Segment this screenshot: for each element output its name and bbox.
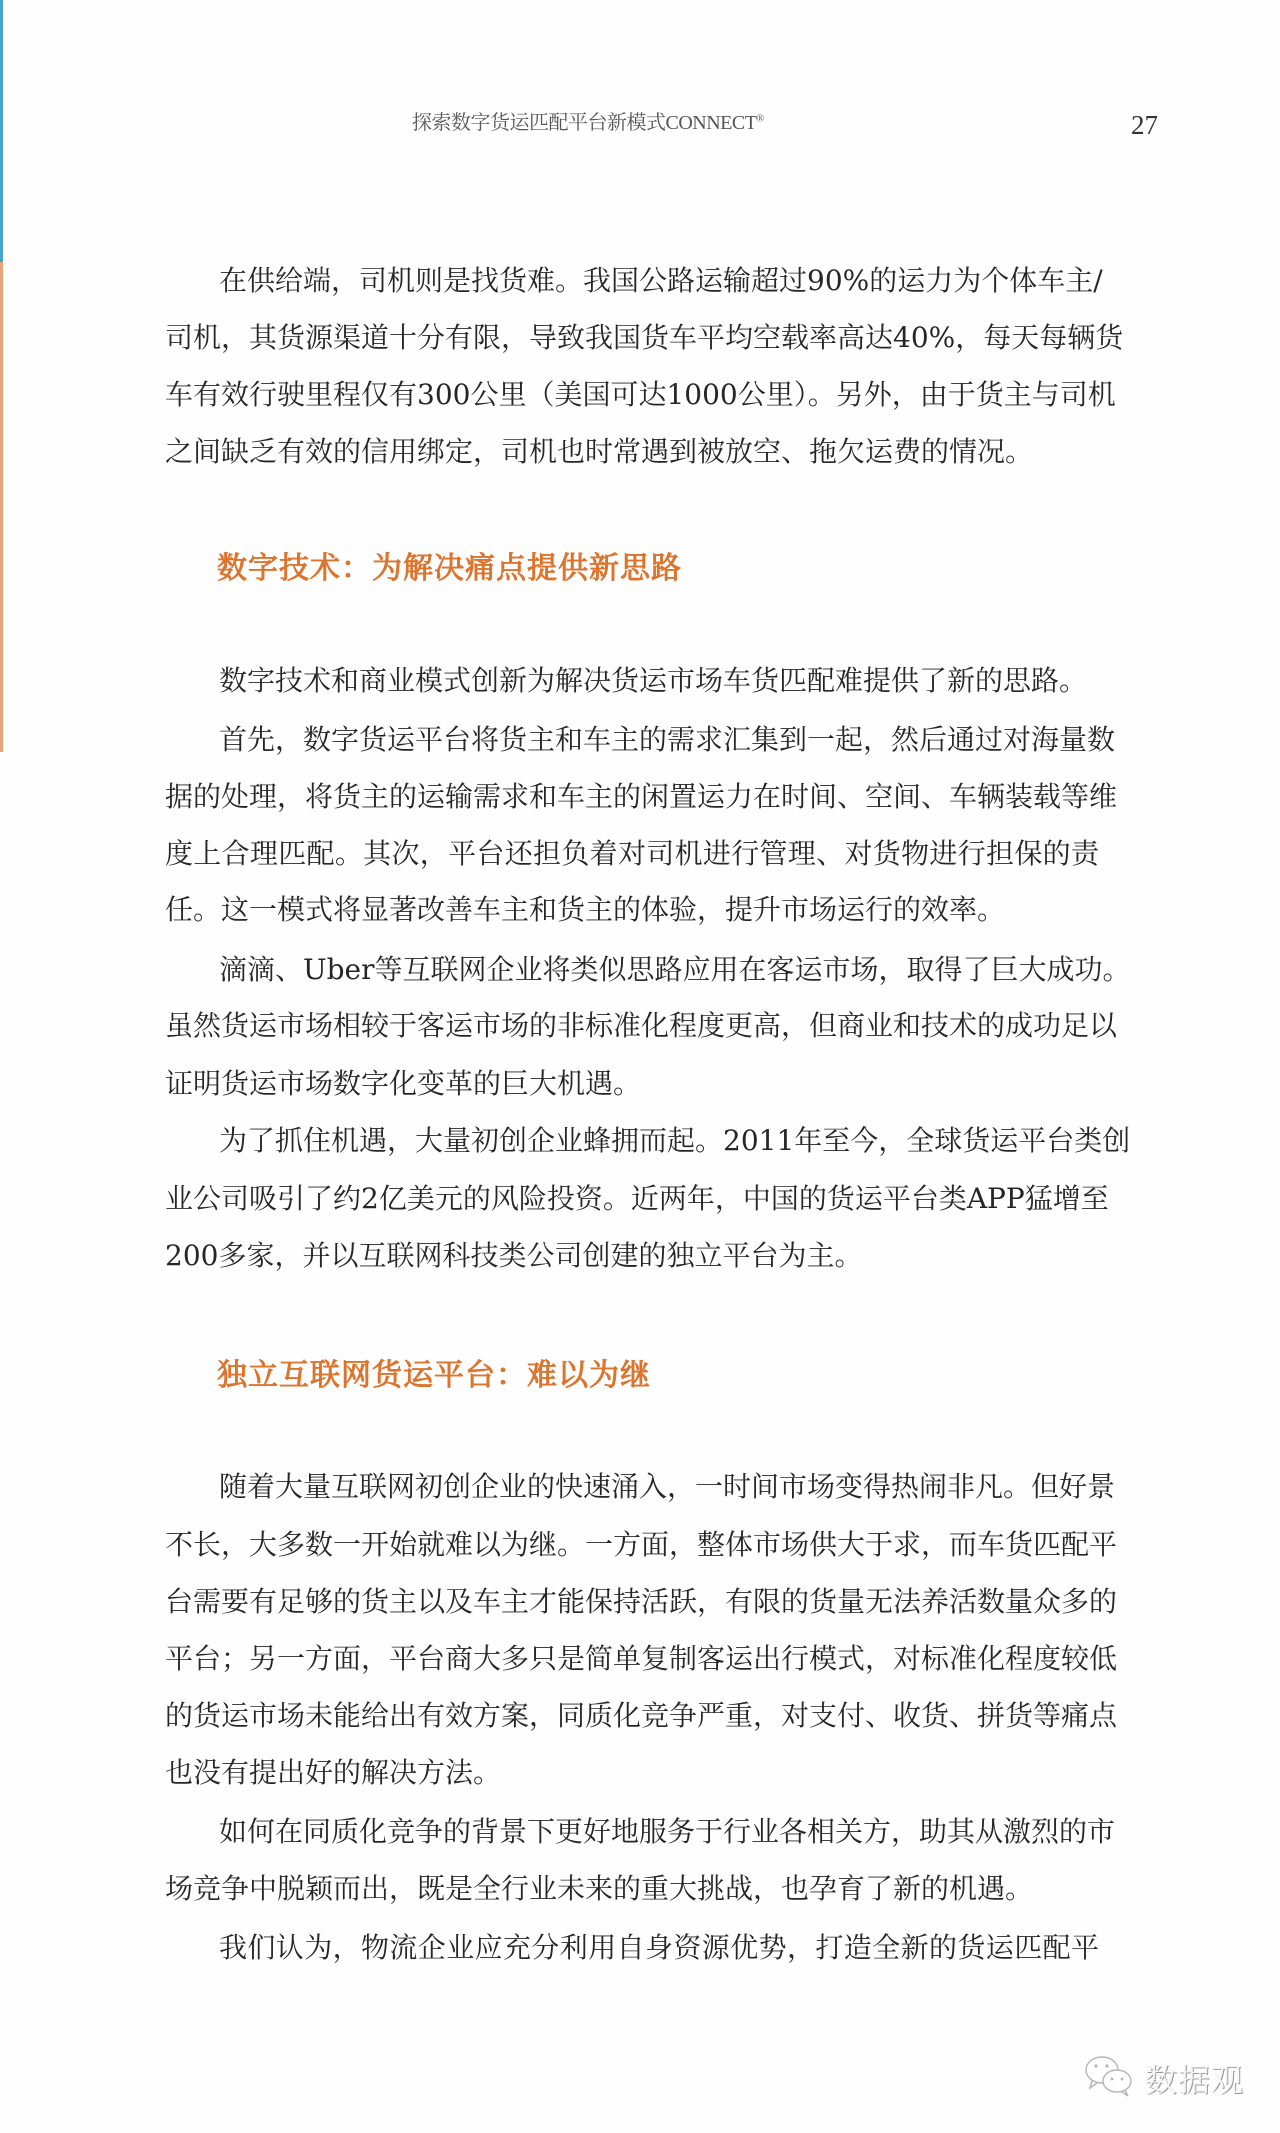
- body-text-line: 台需要有足够的货主以及车主才能保持活跃，有限的货量无法养活数量众多的: [165, 1584, 1099, 1620]
- running-header-title: 探索数字货运匹配平台新模式CONNECT: [412, 112, 756, 134]
- body-text-line: 任。这一模式将显著改善车主和货主的体验，提升市场运行的效率。: [165, 892, 1099, 928]
- running-header: 探索数字货运匹配平台新模式CONNECT®: [412, 106, 764, 135]
- body-text-line: 场竞争中脱颖而出，既是全行业未来的重大挑战，也孕育了新的机遇。: [165, 1871, 1099, 1907]
- body-text-line: 数字技术和商业模式创新为解决货运市场车货匹配难提供了新的思路。: [219, 663, 1099, 699]
- body-text-line: 之间缺乏有效的信用绑定，司机也时常遇到被放空、拖欠运费的情况。: [165, 434, 1099, 470]
- body-text-line: 不长，大多数一开始就难以为继。一方面，整体市场供大于求，而车货匹配平: [165, 1527, 1099, 1563]
- watermark: 数据观: [1083, 2055, 1244, 2101]
- body-text-line: 随着大量互联网初创企业的快速涌入，一时间市场变得热闹非凡。但好景: [219, 1469, 1099, 1505]
- body-text-line: 滴滴、Uber等互联网企业将类似思路应用在客运市场，取得了巨大成功。: [219, 952, 1099, 988]
- page-number: 27: [1131, 110, 1158, 141]
- body-text-line: 为了抓住机遇，大量初创企业蜂拥而起。2011年至今，全球货运平台类创: [219, 1123, 1099, 1159]
- body-text-line: 据的处理，将货主的运输需求和车主的闲置运力在时间、空间、车辆装载等维: [165, 779, 1099, 815]
- body-text-line: 在供给端，司机则是找货难。我国公路运输超过90%的运力为个体车主/: [219, 263, 1099, 299]
- body-text-line: 车有效行驶里程仅有300公里（美国可达1000公里）。另外，由于货主与司机: [165, 377, 1099, 413]
- body-text-line: 200多家，并以互联网科技类公司创建的独立平台为主。: [165, 1238, 1099, 1274]
- registered-mark: ®: [756, 113, 763, 124]
- body-text-line: 我们认为，物流企业应充分利用自身资源优势，打造全新的货运匹配平: [219, 1930, 1099, 1966]
- body-text-line: 首先，数字货运平台将货主和车主的需求汇集到一起，然后通过对海量数: [219, 722, 1099, 758]
- watermark-text: 数据观: [1145, 2055, 1244, 2101]
- body-text-line: 证明货运市场数字化变革的巨大机遇。: [165, 1066, 1099, 1102]
- wechat-icon: [1083, 2054, 1135, 2102]
- body-text-line: 司机，其货源渠道十分有限，导致我国货车平均空载率高达40%，每天每辆货: [165, 320, 1099, 356]
- section-heading: 独立互联网货运平台：难以为继: [217, 1358, 651, 1394]
- body-text-line: 也没有提出好的解决方法。: [165, 1755, 1099, 1791]
- page-edge-accent-bottom: [0, 262, 3, 752]
- body-text-line: 虽然货运市场相较于客运市场的非标准化程度更高，但商业和技术的成功足以: [165, 1008, 1099, 1044]
- body-text-line: 平台；另一方面，平台商大多只是简单复制客运出行模式，对标准化程度较低: [165, 1641, 1099, 1677]
- body-text-line: 业公司吸引了约2亿美元的风险投资。近两年，中国的货运平台类APP猛增至: [165, 1181, 1099, 1217]
- body-text-line: 度上合理匹配。其次，平台还担负着对司机进行管理、对货物进行担保的责: [165, 836, 1099, 872]
- page-edge-accent-top: [0, 0, 3, 262]
- body-text-line: 的货运市场未能给出有效方案，同质化竞争严重，对支付、收货、拼货等痛点: [165, 1698, 1099, 1734]
- section-heading: 数字技术：为解决痛点提供新思路: [217, 551, 682, 587]
- body-text-line: 如何在同质化竞争的背景下更好地服务于行业各相关方，助其从激烈的市: [219, 1814, 1099, 1850]
